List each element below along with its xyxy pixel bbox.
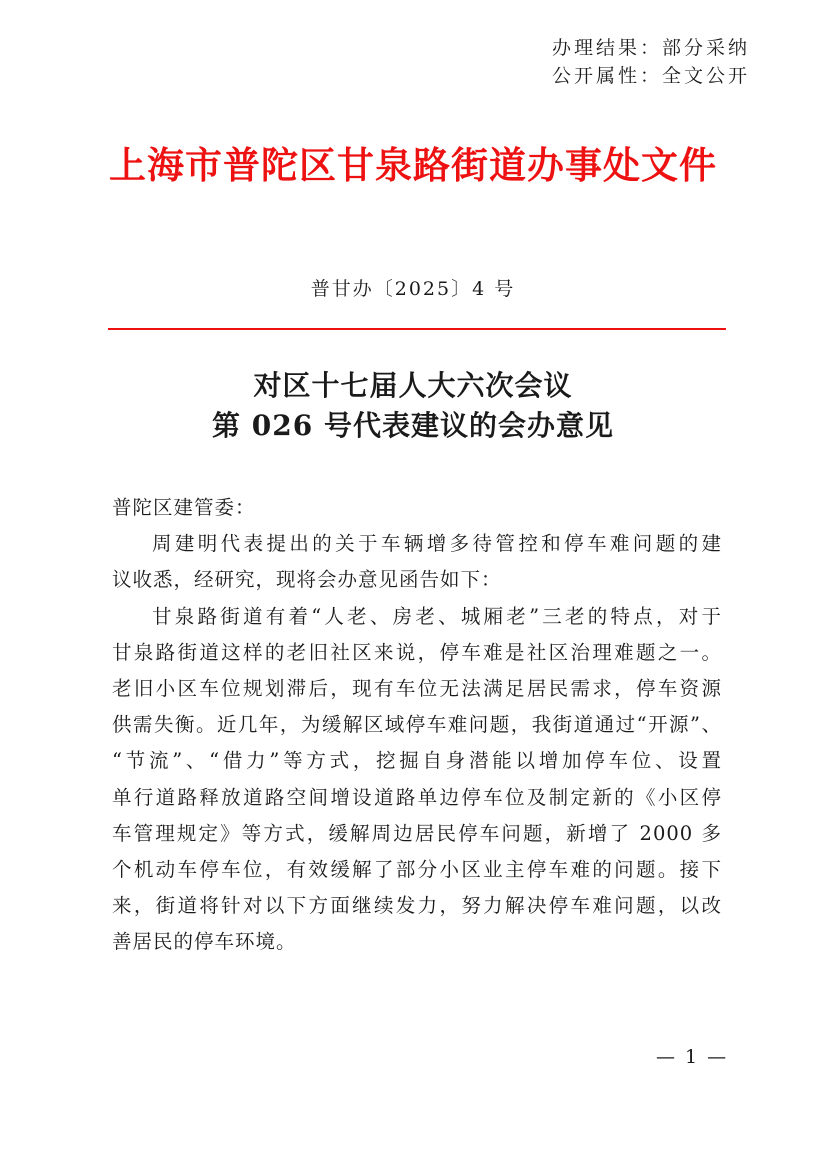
text-line: 甘泉路街道有着“人老、房老、城厢老”三老的特点，对于 [112,599,722,635]
text-line: 来，街道将针对以下方面继续发力，努力解决停车难问题，以改 [112,888,722,924]
text-line: 甘泉路街道这样的老旧社区来说，停车难是社区治理难题之一。 [112,635,722,671]
text-line: 车管理规定》等方式，缓解周边居民停车问题，新增了 2000 多 [112,816,722,852]
document-subject-title: 对区十七届人大六次会议 第 026 号代表建议的会办意见 [0,366,826,446]
document-body: 普陀区建管委： 周建明代表提出的关于车辆增多待管控和停车难问题的建 议收悉，经研… [112,490,722,960]
text-line: 个机动车停车位，有效缓解了部分小区业主停车难的问题。接下 [112,852,722,888]
document-number: 普甘办〔2025〕4 号 [0,276,826,302]
disclosure-attribute-label: 公开属性：全文公开 [552,65,750,87]
red-divider-line [108,328,726,330]
text-line: 老旧小区车位规划滞后，现有车位无法满足居民需求，停车资源 [112,671,722,707]
page-number: — 1 — [656,1046,728,1068]
text-line: 善居民的停车环境。 [112,924,722,960]
handling-result-label: 办理结果：部分采纳 [552,37,750,59]
text-line: 周建明代表提出的关于车辆增多待管控和停车难问题的建 [112,526,722,562]
subject-line-2: 第 026 号代表建议的会办意见 [0,406,826,446]
text-line: 议收悉，经研究，现将会办意见函告如下： [112,562,722,598]
paragraph-1: 周建明代表提出的关于车辆增多待管控和停车难问题的建 议收悉，经研究，现将会办意见… [112,526,722,598]
text-line: “节流”、“借力”等方式，挖掘自身潜能以增加停车位、设置 [112,743,722,779]
text-line: 供需失衡。近几年，为缓解区域停车难问题，我街道通过“开源”、 [112,707,722,743]
issuer-red-header: 上海市普陀区甘泉路街道办事处文件 [0,142,826,190]
text-line: 单行道路释放道路空间增设道路单边停车位及制定新的《小区停 [112,780,722,816]
subject-line-1: 对区十七届人大六次会议 [0,366,826,406]
paragraph-2: 甘泉路街道有着“人老、房老、城厢老”三老的特点，对于 甘泉路街道这样的老旧社区来… [112,599,722,961]
salutation: 普陀区建管委： [112,490,722,526]
